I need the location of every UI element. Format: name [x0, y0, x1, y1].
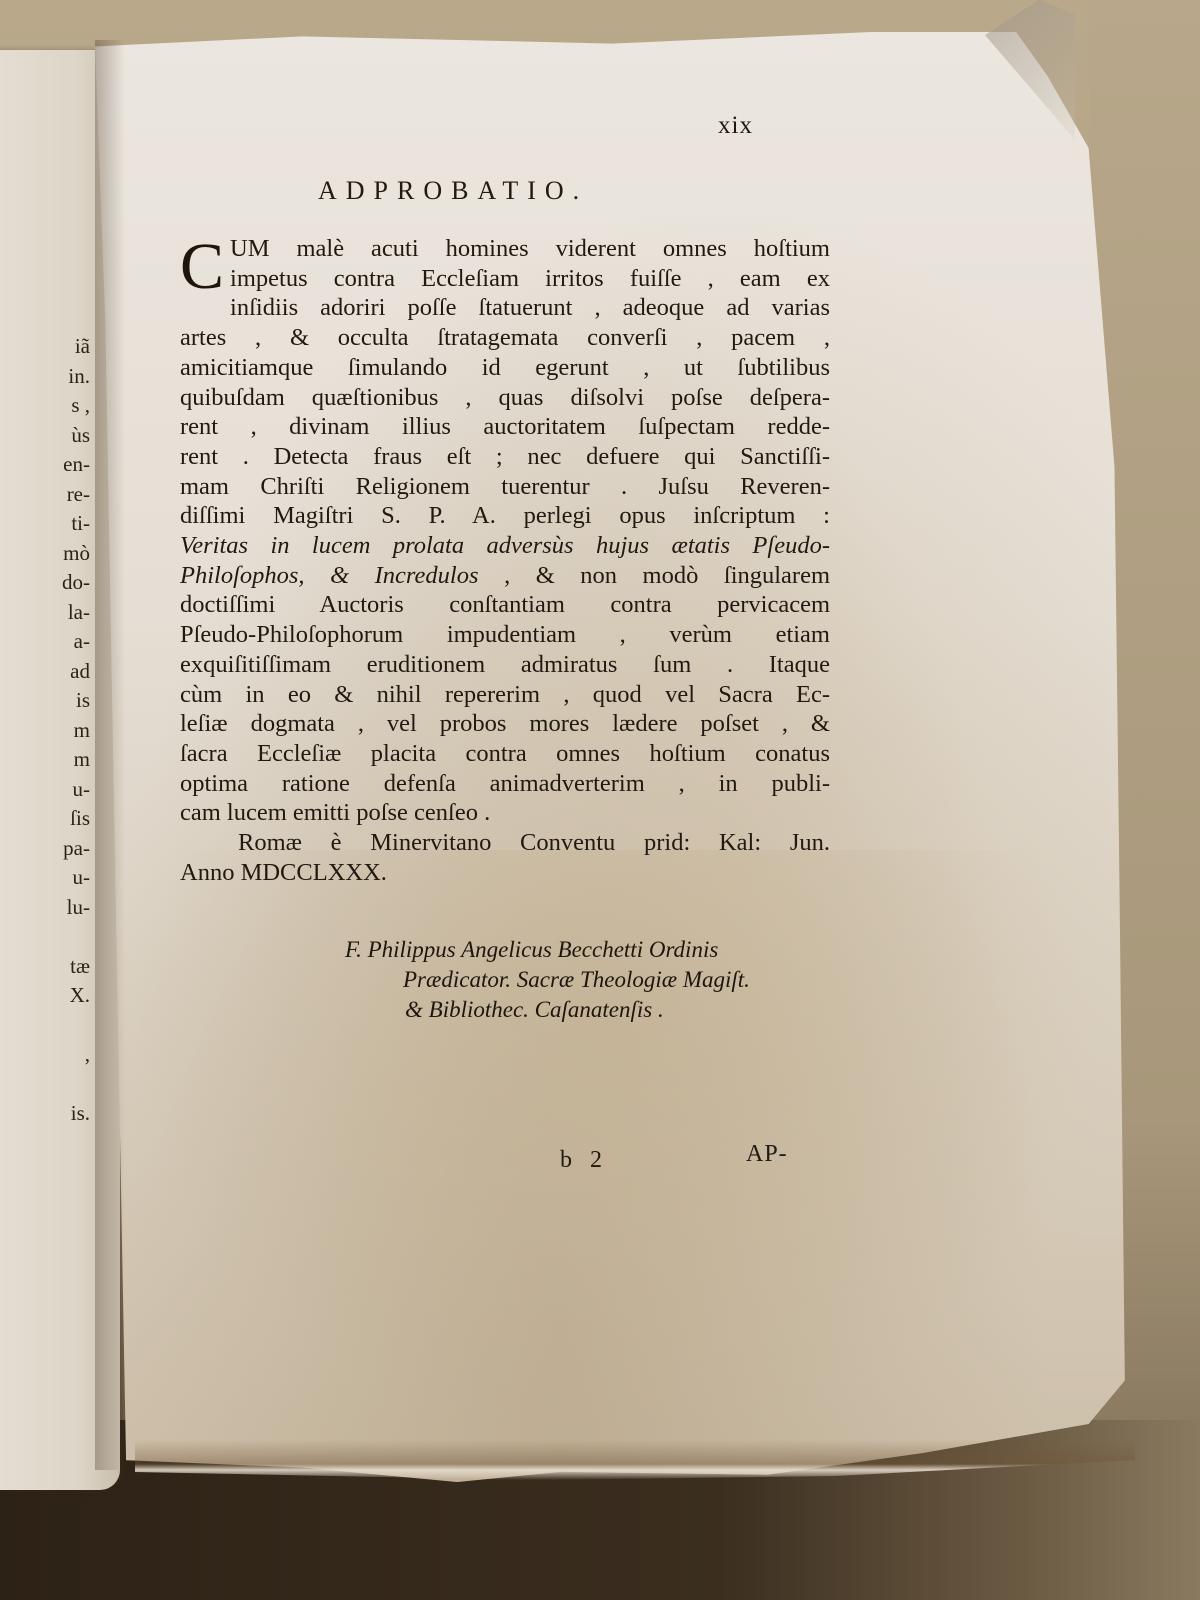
- text-line: rent . Detecta fraus eſt ; nec defuere q…: [180, 442, 830, 472]
- left-page-fragment: [0, 1070, 90, 1100]
- signature-block: F. Philippus Angelicus Becchetti Ordinis…: [345, 935, 825, 1025]
- left-page-fragment: X.: [0, 981, 90, 1011]
- text-line: cùm in eo & nihil repererim , quod vel S…: [180, 680, 830, 710]
- left-page-fragment: re-: [0, 480, 90, 510]
- left-page-fragment: [0, 922, 90, 952]
- page-number: xix: [718, 112, 753, 140]
- left-page-fragment: in.: [0, 362, 90, 392]
- left-page-fragment: [0, 1011, 90, 1041]
- text-line: optima ratione defenſa animadverterim , …: [180, 769, 830, 799]
- left-page-fragment: ,: [0, 1040, 90, 1070]
- text-line: impetus contra Eccleſiam irritos fuiſſe …: [180, 264, 830, 294]
- left-page-fragment: is.: [0, 1099, 90, 1129]
- catchword: AP-: [746, 1141, 788, 1168]
- left-page-fragment: en-: [0, 450, 90, 480]
- text-line: mam Chriſti Religionem tuerentur . Juſsu…: [180, 472, 830, 502]
- left-page-fragment: ùs: [0, 421, 90, 451]
- book-title-continued: Philoſophos, & Incredulos: [180, 562, 479, 589]
- text-line: Pſeudo-Philoſophorum impudentiam , verùm…: [180, 620, 830, 650]
- text-line: diſſimi Magiſtri S. P. A. perlegi opus i…: [180, 501, 830, 531]
- text-line: quibuſdam quæſtionibus , quas diſsolvi p…: [180, 383, 830, 413]
- text-line: leſiæ dogmata , vel probos mores lædere …: [180, 709, 830, 739]
- text-line-mixed: Philoſophos, & Incredulos , & non modò ſ…: [180, 561, 830, 591]
- text-line: cam lucem emitti poſse cenſeo .: [180, 798, 830, 828]
- approbation-body: C UM malè acuti homines viderent omnes h…: [180, 234, 830, 887]
- signature-line: F. Philippus Angelicus Becchetti Ordinis: [345, 935, 825, 965]
- text-line: exquiſitiſſimam eruditionem admiratus ſu…: [180, 650, 830, 680]
- left-page-fragment: m: [0, 716, 90, 746]
- left-page-fragment: lu-: [0, 893, 90, 923]
- dateline-place: Romæ è Minervitano Conventu prid: Kal: J…: [180, 828, 830, 858]
- left-page-fragment: iã: [0, 332, 90, 362]
- gutter-shadow: [95, 40, 125, 1470]
- dateline-year: Anno MDCCLXXX.: [180, 858, 830, 888]
- text-line: artes , & occulta ſtratagemata converſi …: [180, 323, 830, 353]
- left-page-fragment: m: [0, 745, 90, 775]
- left-page-fragment: ſis: [0, 804, 90, 834]
- left-page-fragment: tæ: [0, 952, 90, 982]
- signature-line: Prædicator. Sacræ Theologiæ Magiſt.: [345, 965, 825, 995]
- left-page-fragment: u-: [0, 775, 90, 805]
- left-page-fragment: s ,: [0, 391, 90, 421]
- text-continued: , & non modò ſingularem: [504, 562, 830, 589]
- printer-signature-mark: b 2: [560, 1147, 608, 1174]
- text-line: ſacra Eccleſiæ placita contra omnes hoſt…: [180, 739, 830, 769]
- left-page-fragment: do-: [0, 568, 90, 598]
- left-page-fragment: la-: [0, 598, 90, 628]
- page-title: ADPROBATIO.: [318, 176, 588, 206]
- left-page-fragment: a-: [0, 627, 90, 657]
- text-line: doctiſſimi Auctoris conſtantiam contra p…: [180, 590, 830, 620]
- drop-cap: C: [180, 240, 224, 294]
- left-page-fragment: is: [0, 686, 90, 716]
- left-page-fragment: mò: [0, 539, 90, 569]
- left-page-fragment: ti-: [0, 509, 90, 539]
- book-title-line: Veritas in lucem prolata adversùs hujus …: [180, 531, 830, 561]
- signature-line: & Bibliothec. Caſanatenſis .: [345, 995, 825, 1025]
- left-page-fragment: pa-: [0, 834, 90, 864]
- left-page-fragment: ad: [0, 657, 90, 687]
- text-line: inſidiis adoriri poſſe ſtatuerunt , adeo…: [180, 293, 830, 323]
- left-page-fragment: u-: [0, 863, 90, 893]
- text-line: amicitiamque ſimulando id egerunt , ut ſ…: [180, 353, 830, 383]
- text-line: UM malè acuti homines viderent omnes hoſ…: [180, 234, 830, 264]
- text-line: rent , divinam illius auctoritatem ſuſpe…: [180, 412, 830, 442]
